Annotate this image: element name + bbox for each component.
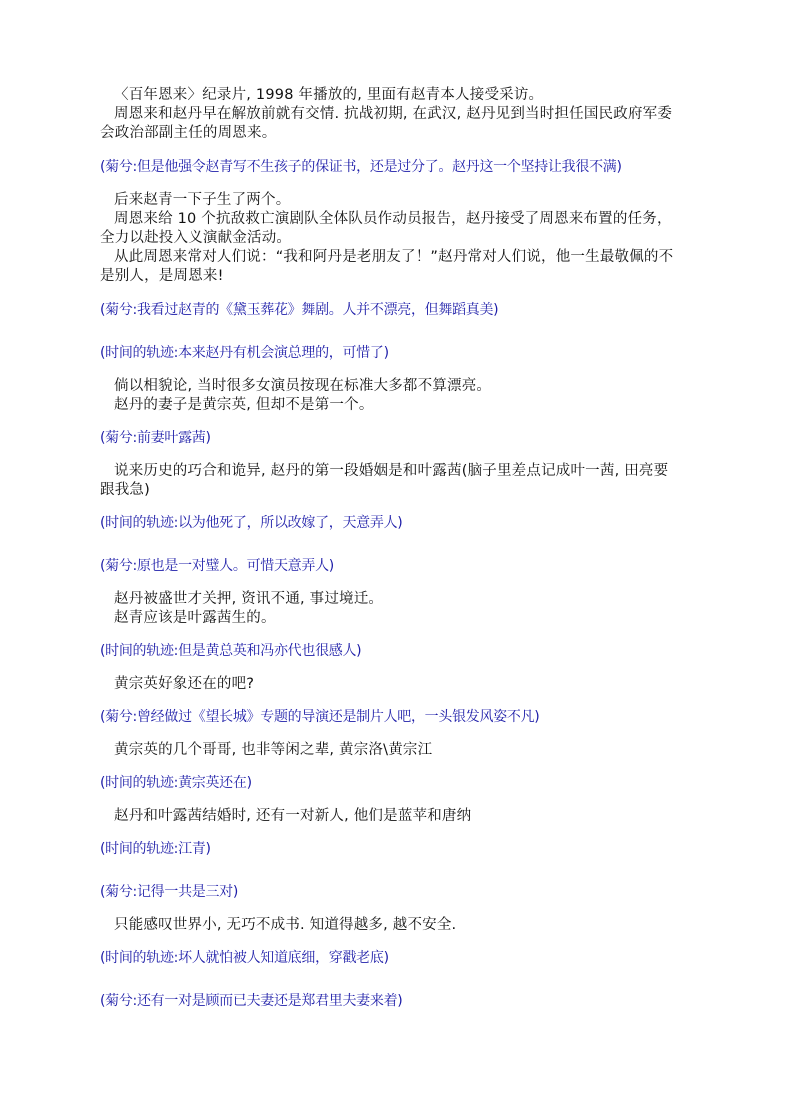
comment: (时间的轨迹:以为他死了，所以改嫁了，天意弄人) <box>100 514 682 533</box>
paragraph: 后来赵青一下子生了两个。 <box>100 191 682 210</box>
paragraph: 赵丹被盛世才关押, 资讯不通, 事过境迁。 <box>100 590 682 609</box>
comment: (菊兮:记得一共是三对) <box>100 883 682 902</box>
comment: (时间的轨迹:江青) <box>100 840 682 859</box>
document-page: 〈百年恩来〉纪录片, 1998 年播放的, 里面有赵青本人接受采访。 周恩来和赵… <box>100 86 682 1011</box>
paragraph: 倘以相貌论, 当时很多女演员按现在标准大多都不算漂亮。 <box>100 377 682 396</box>
comment: (时间的轨迹:本来赵丹有机会演总理的，可惜了) <box>100 344 682 363</box>
paragraph: 周恩来和赵丹早在解放前就有交情. 抗战初期, 在武汉, 赵丹见到当时担任国民政府… <box>100 105 682 143</box>
paragraph: 说来历史的巧合和诡异, 赵丹的第一段婚姻是和叶露茜(脑子里差点记成叶一茜, 田亮… <box>100 462 682 500</box>
paragraph: 周恩来给 10 个抗敌救亡演剧队全体队员作动员报告，赵丹接受了周恩来布置的任务，… <box>100 210 682 248</box>
paragraph: 黄宗英好象还在的吧? <box>100 675 682 694</box>
comment: (菊兮:但是他强令赵青写不生孩子的保证书，还是过分了。赵丹这一个坚持让我很不满) <box>100 158 682 177</box>
paragraph: 赵丹和叶露茜结婚时, 还有一对新人, 他们是蓝苹和唐纳 <box>100 807 682 826</box>
paragraph: 从此周恩来常对人们说：“我和阿丹是老朋友了！”赵丹常对人们说，他一生最敬佩的不是… <box>100 248 682 286</box>
comment: (时间的轨迹:但是黄总英和冯亦代也很感人) <box>100 642 682 661</box>
paragraph: 只能感叹世界小, 无巧不成书. 知道得越多, 越不安全. <box>100 916 682 935</box>
comment: (菊兮:原也是一对璧人。可惜天意弄人) <box>100 557 682 576</box>
comment: (菊兮:还有一对是顾而已夫妻还是郑君里夫妻来着) <box>100 992 682 1011</box>
comment: (菊兮:前妻叶露茜) <box>100 429 682 448</box>
comment: (菊兮:曾经做过《望长城》专题的导演还是制片人吧，一头银发风姿不凡) <box>100 708 682 727</box>
paragraph: 赵丹的妻子是黄宗英, 但却不是第一个。 <box>100 396 682 415</box>
comment: (时间的轨迹:黄宗英还在) <box>100 774 682 793</box>
paragraph: 黄宗英的几个哥哥, 也非等闲之辈, 黄宗洛\黄宗江 <box>100 741 682 760</box>
paragraph: 赵青应该是叶露茜生的。 <box>100 609 682 628</box>
comment: (菊兮:我看过赵青的《黛玉葬花》舞剧。人并不漂亮，但舞蹈真美) <box>100 301 682 320</box>
paragraph: 〈百年恩来〉纪录片, 1998 年播放的, 里面有赵青本人接受采访。 <box>100 86 682 105</box>
comment: (时间的轨迹:坏人就怕被人知道底细，穿戳老底) <box>100 949 682 968</box>
